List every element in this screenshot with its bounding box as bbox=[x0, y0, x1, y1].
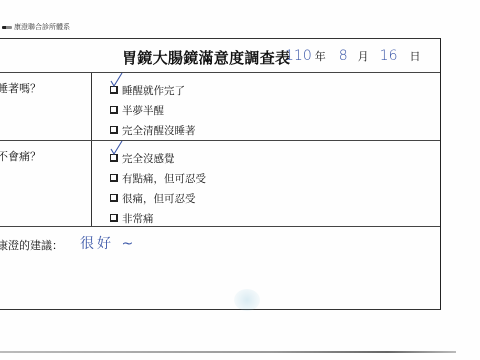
option-label: 非常痛 bbox=[122, 211, 154, 226]
clinic-header: 康澄聯合診所體系 bbox=[2, 22, 70, 32]
scanned-survey-page: 康澄聯合診所體系 胃鏡大腸鏡滿意度調查表 110 年 8 月 16 日 有睡著嗎… bbox=[0, 0, 480, 360]
option-label: 很痛，但可忍受 bbox=[122, 191, 196, 206]
option-label: 完全清醒沒睡著 bbox=[122, 123, 196, 138]
date-day-label: 日 bbox=[409, 48, 420, 64]
option-item[interactable]: 非常痛 bbox=[110, 208, 206, 228]
checkbox[interactable] bbox=[110, 126, 118, 134]
clinic-name: 康澄聯合診所體系 bbox=[14, 22, 70, 32]
question-text: 會不會痛？ bbox=[0, 148, 41, 164]
handwritten-check-icon bbox=[110, 140, 124, 156]
title-row: 胃鏡大腸鏡滿意度調查表 110 年 8 月 16 日 bbox=[0, 39, 440, 73]
date-month-label: 月 bbox=[358, 48, 369, 64]
suggestion-label: 給康澄的建議： bbox=[0, 237, 63, 253]
options-list: 睡醒就作完了 半夢半醒 完全清醒沒睡著 bbox=[110, 80, 196, 140]
option-item[interactable]: 完全清醒沒睡著 bbox=[110, 120, 196, 140]
option-item[interactable]: 有點痛，但可忍受 bbox=[110, 168, 206, 188]
option-label: 有點痛，但可忍受 bbox=[122, 171, 206, 186]
option-item[interactable]: 完全沒感覺 bbox=[110, 148, 206, 168]
date-year-value: 110 bbox=[285, 48, 312, 64]
option-label: 完全沒感覺 bbox=[122, 151, 175, 166]
handwritten-check-icon bbox=[110, 72, 124, 88]
form-date: 110 年 8 月 16 日 bbox=[285, 48, 420, 64]
date-month-value: 8 bbox=[339, 48, 348, 64]
scan-smudge bbox=[234, 289, 260, 311]
checkbox[interactable] bbox=[110, 106, 118, 114]
option-item[interactable]: 睡醒就作完了 bbox=[110, 80, 196, 100]
question-cell: 有睡著嗎？ bbox=[0, 73, 92, 140]
survey-form-table: 胃鏡大腸鏡滿意度調查表 110 年 8 月 16 日 有睡著嗎？ bbox=[0, 38, 441, 310]
checkbox[interactable] bbox=[110, 194, 118, 202]
options-list: 完全沒感覺 有點痛，但可忍受 很痛，但可忍受 非常痛 bbox=[110, 148, 206, 228]
option-item[interactable]: 很痛，但可忍受 bbox=[110, 188, 206, 208]
form-title: 胃鏡大腸鏡滿意度調查表 bbox=[122, 47, 290, 68]
option-label: 睡醒就作完了 bbox=[122, 83, 185, 98]
date-day-value: 16 bbox=[380, 48, 398, 64]
suggestion-handwritten-text[interactable]: 很好 ~ bbox=[80, 233, 136, 253]
clinic-logo-icon bbox=[2, 26, 12, 29]
page-fold-line bbox=[0, 351, 456, 353]
checkbox[interactable] bbox=[110, 174, 118, 182]
date-year-label: 年 bbox=[315, 48, 326, 64]
checkbox[interactable] bbox=[110, 214, 118, 222]
question-cell: 會不會痛？ bbox=[0, 141, 92, 226]
option-label: 半夢半醒 bbox=[122, 103, 164, 118]
option-item[interactable]: 半夢半醒 bbox=[110, 100, 196, 120]
question-row-sleep: 有睡著嗎？ 睡醒就作完了 半夢半醒 完全清醒沒睡著 bbox=[0, 73, 440, 141]
question-row-pain: 會不會痛？ 完全沒感覺 有點痛，但可忍受 很痛，但可忍受 bbox=[0, 141, 440, 227]
suggestion-row: 給康澄的建議： 很好 ~ bbox=[0, 227, 440, 311]
question-text: 有睡著嗎？ bbox=[0, 80, 41, 96]
